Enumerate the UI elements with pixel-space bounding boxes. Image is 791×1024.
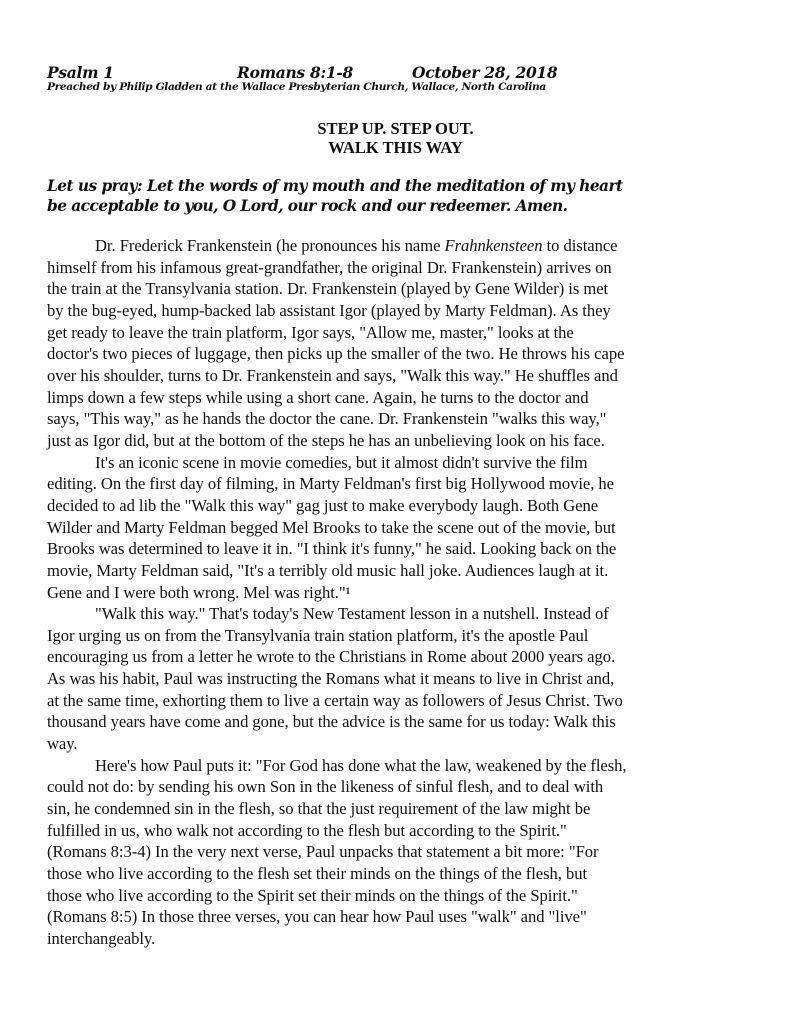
body-line: way. [47,733,757,755]
body-line: just as Igor did, but at the bottom of t… [47,430,757,452]
sermon-date: October 28, 2018 [412,63,557,82]
body-line: could not do: by sending his own Son in … [47,776,757,798]
body-line: It's an iconic scene in movie comedies, … [47,452,757,474]
body-line: get ready to leave the train platform, I… [47,322,757,344]
footnote-marker[interactable]: 1 [346,586,350,596]
prayer-line-2: be acceptable to you, O Lord, our rock a… [47,196,747,216]
document-page: Psalm 1 Romans 8:1-8 October 28, 2018 Pr… [0,0,791,1024]
body-line: those who live according to the Spirit s… [47,885,757,907]
body-line: sin, he condemned sin in the flesh, so t… [47,798,757,820]
scripture-psalm: Psalm 1 [47,63,114,82]
body-line: by the bug-eyed, hump-backed lab assista… [47,300,757,322]
body-line: at the same time, exhorting them to live… [47,690,757,712]
body-line: (Romans 8:3-4) In the very next verse, P… [47,841,757,863]
body-line: limps down a few steps while using a sho… [47,387,757,409]
scripture-row: Psalm 1 Romans 8:1-8 October 28, 2018 [47,63,747,83]
body-line: Wilder and Marty Feldman begged Mel Broo… [47,517,757,539]
body-line: doctor's two pieces of luggage, then pic… [47,343,757,365]
body-line: the train at the Transylvania station. D… [47,278,757,300]
scripture-romans: Romans 8:1-8 [237,63,353,82]
body-line: "Walk this way." That's today's New Test… [47,603,757,625]
body-line: (Romans 8:5) In those three verses, you … [47,906,757,928]
body-line: interchangeably. [47,928,757,950]
title-line-2: WALK THIS WAY [0,139,791,158]
body-line: movie, Marty Feldman said, "It's a terri… [47,560,757,582]
title-line-1: STEP UP. STEP OUT. [0,120,791,139]
body-line: says, "This way," as he hands the doctor… [47,408,757,430]
body-line: himself from his infamous great-grandfat… [47,257,757,279]
body-line: thousand years have come and gone, but t… [47,711,757,733]
body-line: decided to ad lib the "Walk this way" ga… [47,495,757,517]
body-line: Brooks was determined to leave it in. "I… [47,538,757,560]
body-line: encouraging us from a letter he wrote to… [47,646,757,668]
body-line: over his shoulder, turns to Dr. Frankens… [47,365,757,387]
body-text: Gene and I were both wrong. Mel was righ… [47,583,346,602]
body-text: Dr. Frederick Frankenstein (he pronounce… [95,236,445,255]
body-line: Dr. Frederick Frankenstein (he pronounce… [47,235,757,257]
italic-name: Frahnkensteen [445,236,543,255]
prayer-line-1: Let us pray: Let the words of my mouth a… [47,176,747,196]
sermon-header: Psalm 1 Romans 8:1-8 October 28, 2018 Pr… [47,63,747,93]
body-line: Igor urging us on from the Transylvania … [47,625,757,647]
body-line: Gene and I were both wrong. Mel was righ… [47,582,757,604]
body-line: As was his habit, Paul was instructing t… [47,668,757,690]
body-line: fulfilled in us, who walk not according … [47,820,757,842]
sermon-title: STEP UP. STEP OUT. WALK THIS WAY [0,120,791,157]
body-line: those who live according to the flesh se… [47,863,757,885]
body-line: Here's how Paul puts it: "For God has do… [47,755,757,777]
sermon-body: Dr. Frederick Frankenstein (he pronounce… [47,235,757,950]
body-text: to distance [542,236,617,255]
opening-prayer: Let us pray: Let the words of my mouth a… [47,176,747,216]
body-line: editing. On the first day of filming, in… [47,473,757,495]
